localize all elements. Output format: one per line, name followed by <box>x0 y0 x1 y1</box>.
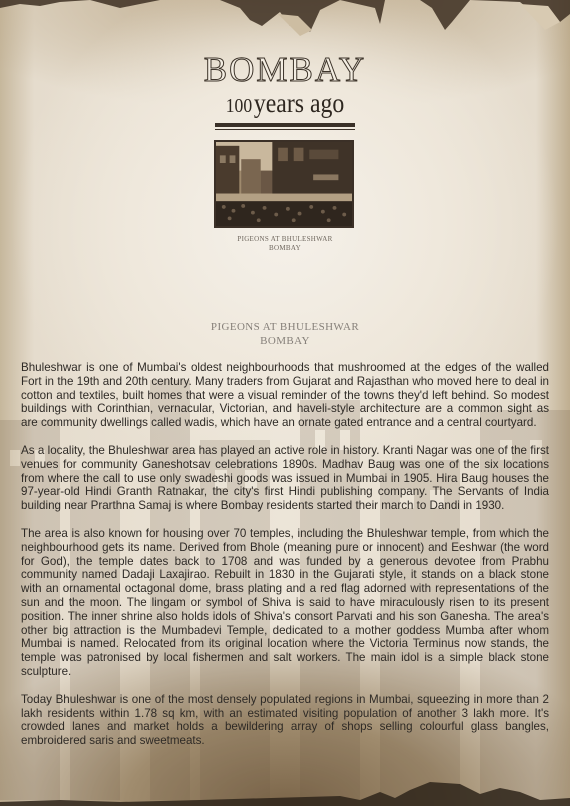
photo-caption-line-2: BOMBAY <box>0 244 570 253</box>
article-paragraph-1: Bhuleshwar is one of Mumbai's oldest nei… <box>21 361 549 430</box>
article-body: Bhuleshwar is one of Mumbai's oldest nei… <box>21 361 549 762</box>
subtitle-number: 100 <box>226 95 252 117</box>
masthead: BOMBAY 100years ago <box>0 52 570 130</box>
article-paragraph-2: As a locality, the Bhuleshwar area has p… <box>21 444 549 513</box>
subtitle-text: years ago <box>254 88 344 118</box>
section-caption-line-1: PIGEONS AT BHULESHWAR <box>0 320 570 334</box>
photo-caption-line-1: PIGEONS AT BHULESHWAR <box>0 235 570 244</box>
photo-caption: PIGEONS AT BHULESHWAR BOMBAY <box>0 235 570 253</box>
section-caption: PIGEONS AT BHULESHWAR BOMBAY <box>0 320 570 348</box>
masthead-subtitle: 100years ago <box>34 90 536 117</box>
title-rule-thin <box>215 129 355 130</box>
burnt-paper-top-edge <box>0 0 570 40</box>
title-rule-thick <box>215 123 355 127</box>
street-photo-illustration <box>216 142 352 226</box>
street-photo <box>214 140 354 228</box>
masthead-title: BOMBAY <box>0 52 570 87</box>
article-paragraph-4: Today Bhuleshwar is one of the most dens… <box>21 693 549 748</box>
burnt-paper-bottom-edge <box>0 770 570 806</box>
section-caption-line-2: BOMBAY <box>0 334 570 348</box>
article-paragraph-3: The area is also known for housing over … <box>21 527 549 679</box>
